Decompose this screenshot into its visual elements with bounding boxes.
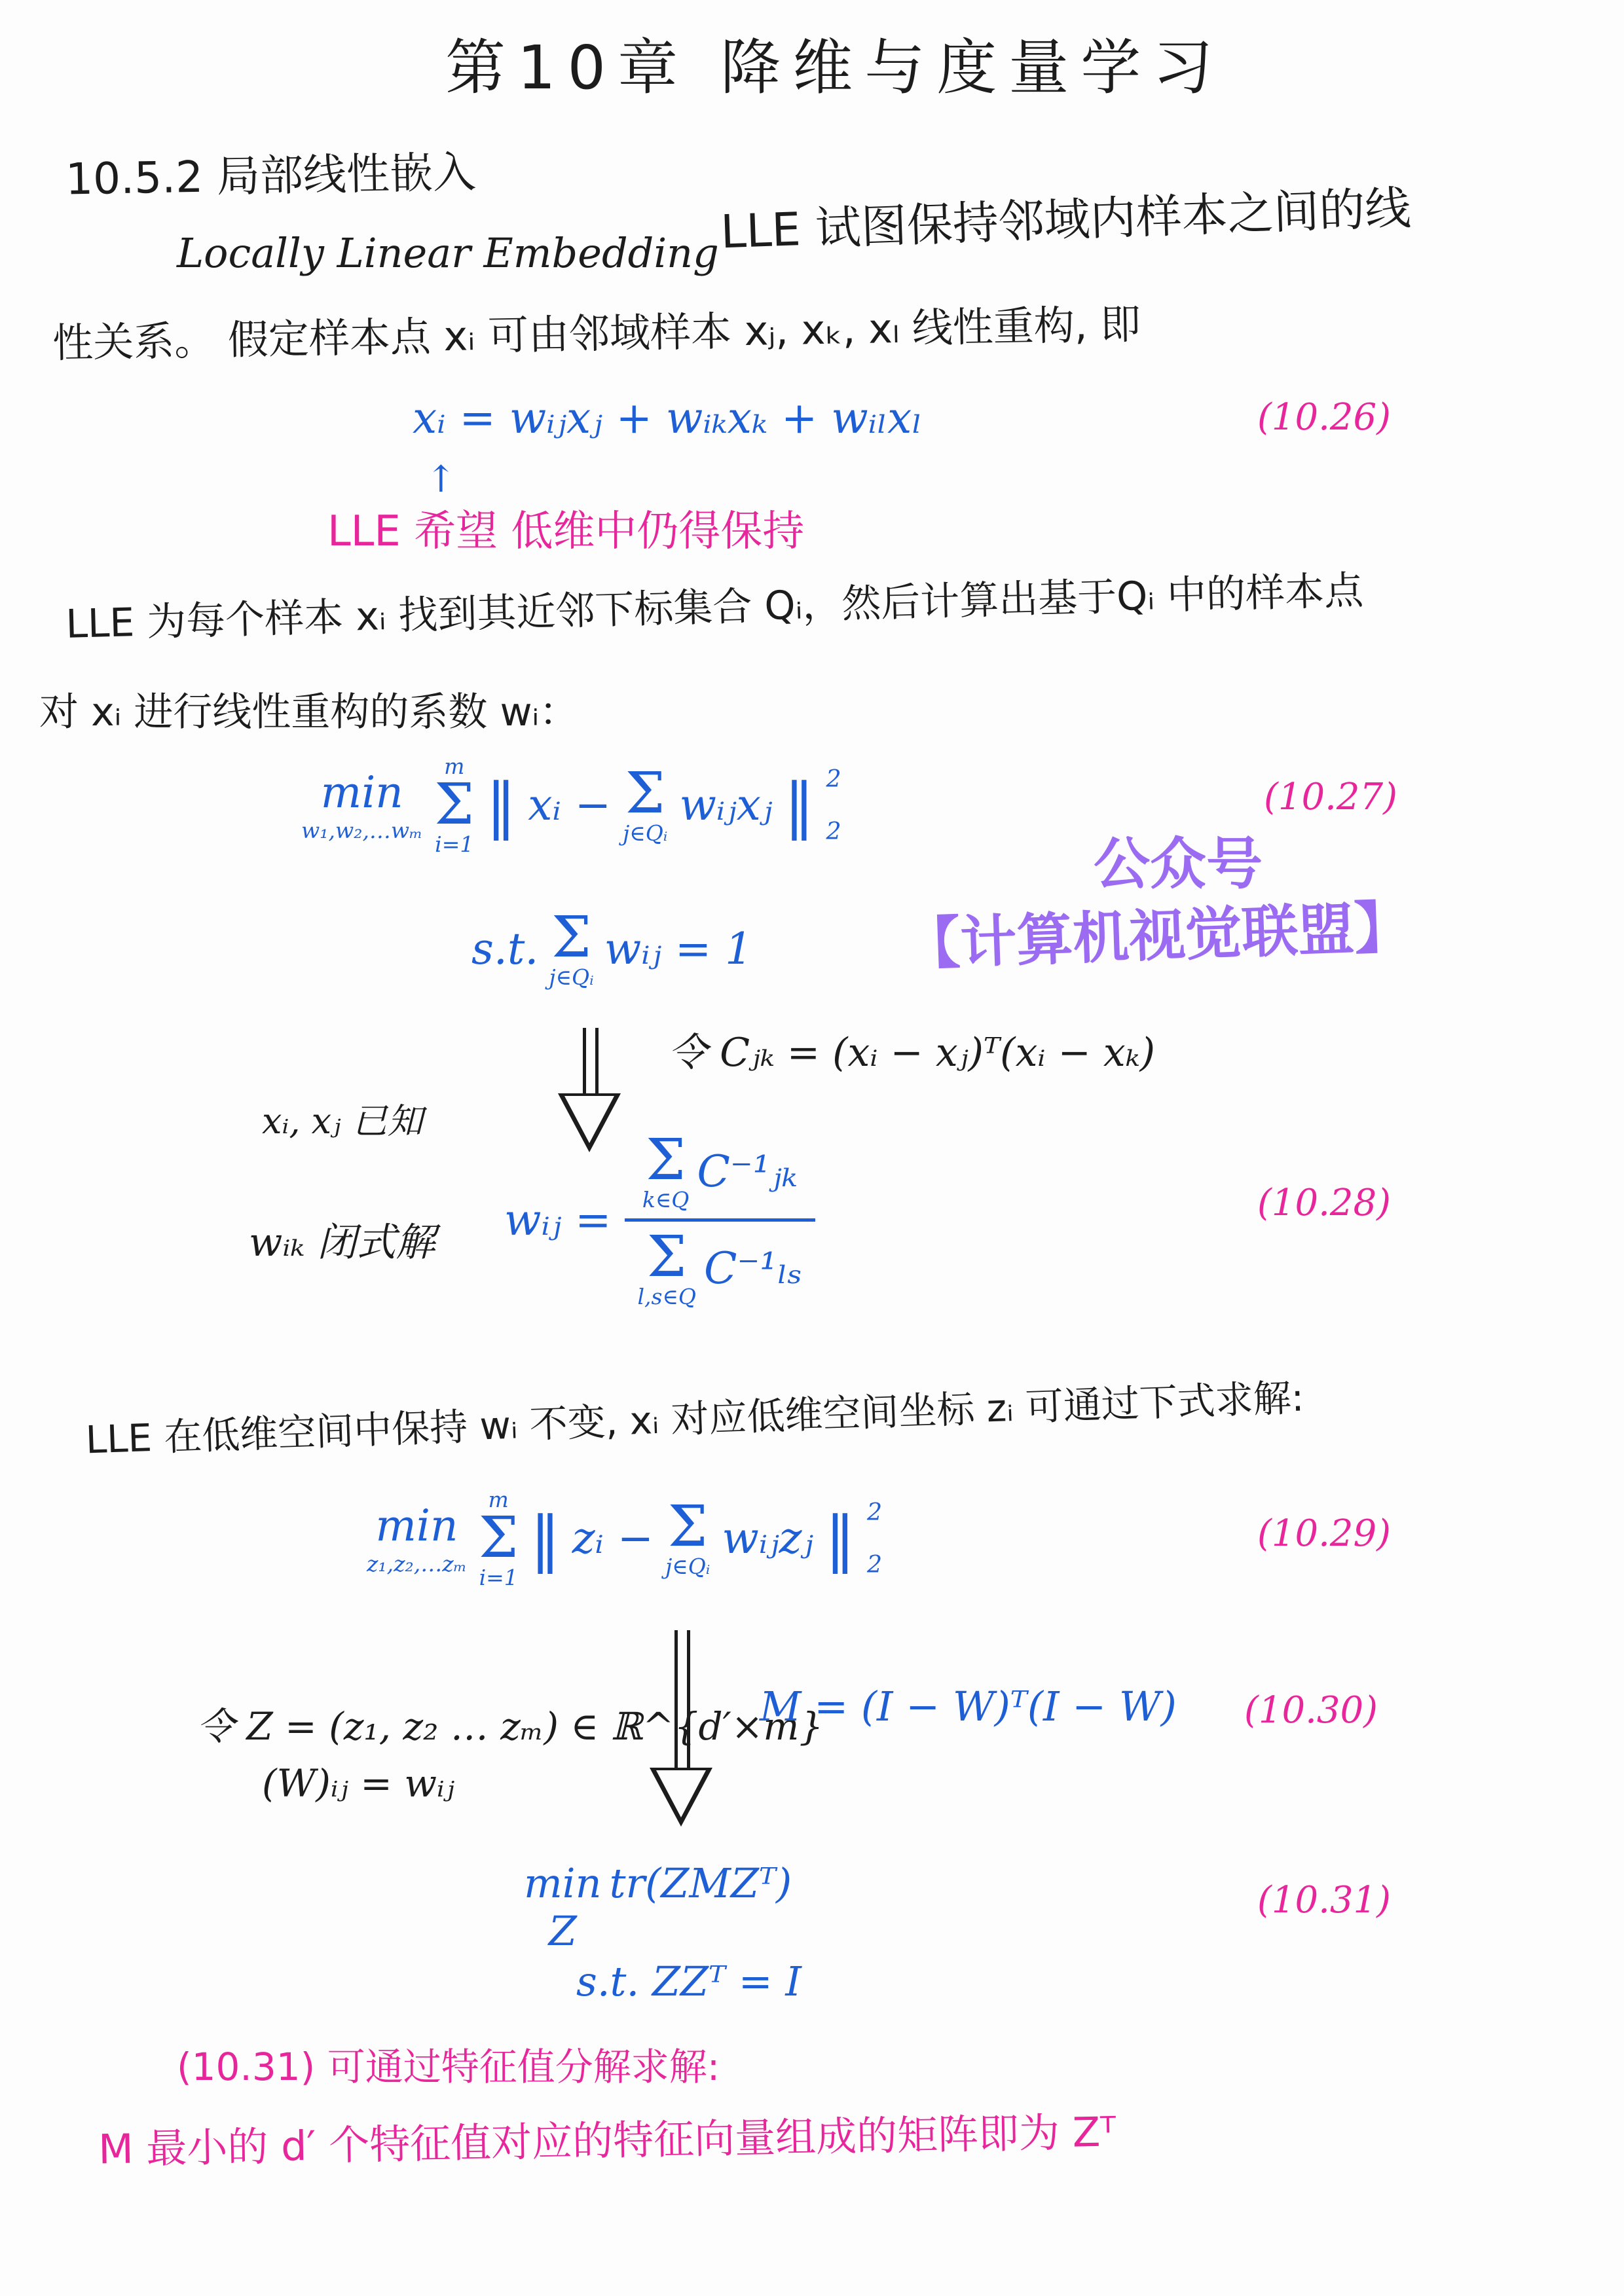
eq29-sum-bot: i=1 <box>479 1567 519 1588</box>
w-definition: (W)ᵢⱼ = wᵢⱼ <box>262 1761 454 1806</box>
eq28-num-sum-bot: k∈Q <box>642 1189 689 1211</box>
eq27-norm-sup: 2 <box>826 753 841 805</box>
eq27-sum-bot: i=1 <box>434 833 474 855</box>
eq27-inner-sum-bot: j∈Qᵢ <box>623 822 667 844</box>
eq31-min-sub: Z <box>549 1907 577 1955</box>
eq27-norm-sub: 2 <box>826 805 841 858</box>
para2-line-1: LLE 为每个样本 xᵢ 找到其近邻下标集合 Qᵢ，然后计算出基于Qᵢ 中的样本… <box>65 559 1364 649</box>
eq-10-27: min w₁,w₂,…wₘ m Σ i=1 ‖ xᵢ − Σ j∈Qᵢ wᵢⱼx… <box>301 753 841 858</box>
intro-english-term: Locally Linear Embedding <box>177 229 719 277</box>
sigma-icon: Σ <box>479 1510 519 1567</box>
eq29-inner-right: wᵢⱼzⱼ <box>722 1513 813 1563</box>
eq-number-10-28: (10.28) <box>1257 1182 1391 1224</box>
eq27-st: s.t. <box>471 924 538 974</box>
eq-10-29: min z₁,z₂,…zₘ m Σ i=1 ‖ zᵢ − Σ j∈Qᵢ wᵢⱼz… <box>367 1486 882 1591</box>
eq28-label: wᵢₖ 闭式解 <box>249 1211 435 1267</box>
sigma-icon: Σ <box>638 1230 696 1286</box>
intro-line-2: 性关系。 假定样本点 xᵢ 可由邻域样本 xⱼ, xₖ, xₗ 线性重构, 即 <box>52 292 1141 369</box>
page-title: 第10章 降维与度量学习 <box>445 20 1225 106</box>
eq28-lhs: wᵢⱼ = <box>504 1195 612 1245</box>
eq28-den-term: C⁻¹ₗₛ <box>704 1243 802 1294</box>
cjk-definition: 令 Cⱼₖ = (xᵢ − xⱼ)ᵀ(xᵢ − xₖ) <box>668 1021 1155 1078</box>
eq-number-10-30: (10.30) <box>1244 1689 1378 1732</box>
eq26-rhs: = wᵢⱼxⱼ + wᵢₖxₖ + wᵢₗxₗ <box>459 393 922 443</box>
eq31-expr: tr(ZMZᵀ) <box>610 1859 792 1907</box>
eq26-annotation: LLE 希望 低维中仍得保持 <box>327 498 804 558</box>
sigma-icon: Σ <box>665 1499 710 1556</box>
eq-number-10-26: (10.26) <box>1257 396 1391 439</box>
eq31-constraint: s.t. ZZᵀ = I <box>576 1958 802 2005</box>
up-arrow-icon: ↑ <box>426 458 456 501</box>
eq28-num-term: C⁻¹ⱼₖ <box>697 1146 797 1197</box>
final-note-line-2: M 最小的 d′ 个特征值对应的特征向量组成的矩阵即为 Zᵀ <box>98 2099 1116 2175</box>
eq27-st-sum-bot: j∈Qᵢ <box>549 966 593 988</box>
eq29-norm-sup: 2 <box>867 1486 882 1539</box>
z-definition: 令 Z = (z₁, z₂ … zₘ) ∈ ℝ^{d′×m} <box>196 1696 823 1751</box>
eq-10-31: min Z tr(ZMZᵀ) <box>524 1859 792 1955</box>
eq-10-30: M = (I − W)ᵀ(I − W) <box>760 1683 1177 1730</box>
eq27-inner-right: wᵢⱼxⱼ <box>679 780 772 830</box>
intro-line-1: LLE 试图保持邻域内样本之间的线 <box>720 172 1412 262</box>
eq29-min: min <box>375 1501 458 1551</box>
sigma-icon: Σ <box>549 910 593 966</box>
eq27-min-sub: w₁,w₂,…wₘ <box>301 818 422 843</box>
eq29-inner-left: zᵢ − <box>572 1513 654 1563</box>
eq29-inner-sum-bot: j∈Qᵢ <box>665 1556 710 1577</box>
eq28-den-sum-bot: l,s∈Q <box>638 1286 696 1307</box>
sigma-icon: Σ <box>642 1133 689 1189</box>
fraction-bar <box>625 1218 816 1222</box>
sigma-icon: Σ <box>623 766 667 822</box>
eq29-norm-sub: 2 <box>867 1539 882 1591</box>
final-note-line-1: (10.31) 可通过特征值分解求解: <box>177 2036 720 2091</box>
eq27-min: min <box>321 767 403 818</box>
para3: LLE 在低维空间中保持 wᵢ 不变, xᵢ 对应低维空间坐标 zᵢ 可通过下式… <box>84 1367 1304 1465</box>
eq-number-10-31: (10.31) <box>1257 1879 1391 1922</box>
section-heading: 10.5.2 局部线性嵌入 <box>65 137 476 207</box>
known-note: xᵢ, xⱼ 已知 <box>262 1093 423 1144</box>
eq27-inner-left: xᵢ − <box>528 780 611 830</box>
eq31-min: min <box>524 1859 602 1907</box>
eq27-st-rhs: wᵢⱼ = 1 <box>604 924 752 974</box>
eq-number-10-29: (10.29) <box>1257 1512 1391 1555</box>
eq-number-10-27: (10.27) <box>1264 776 1397 818</box>
watermark-line-2: 【计算机视觉联盟】 <box>902 882 1412 981</box>
sigma-icon: Σ <box>434 777 474 833</box>
eq-10-28: wᵢⱼ = Σ k∈Q C⁻¹ⱼₖ Σ l,s∈Q C⁻¹ₗₛ <box>504 1133 815 1307</box>
eq27-constraint: s.t. Σ j∈Qᵢ wᵢⱼ = 1 <box>471 910 752 988</box>
eq26-lhs: xᵢ <box>413 393 446 443</box>
para2-line-2: 对 xᵢ 进行线性重构的系数 wᵢ： <box>39 681 578 737</box>
eq29-min-sub: z₁,z₂,…zₘ <box>367 1551 467 1576</box>
eq-10-26: xᵢ = wᵢⱼxⱼ + wᵢₖxₖ + wᵢₗxₗ <box>413 393 922 443</box>
